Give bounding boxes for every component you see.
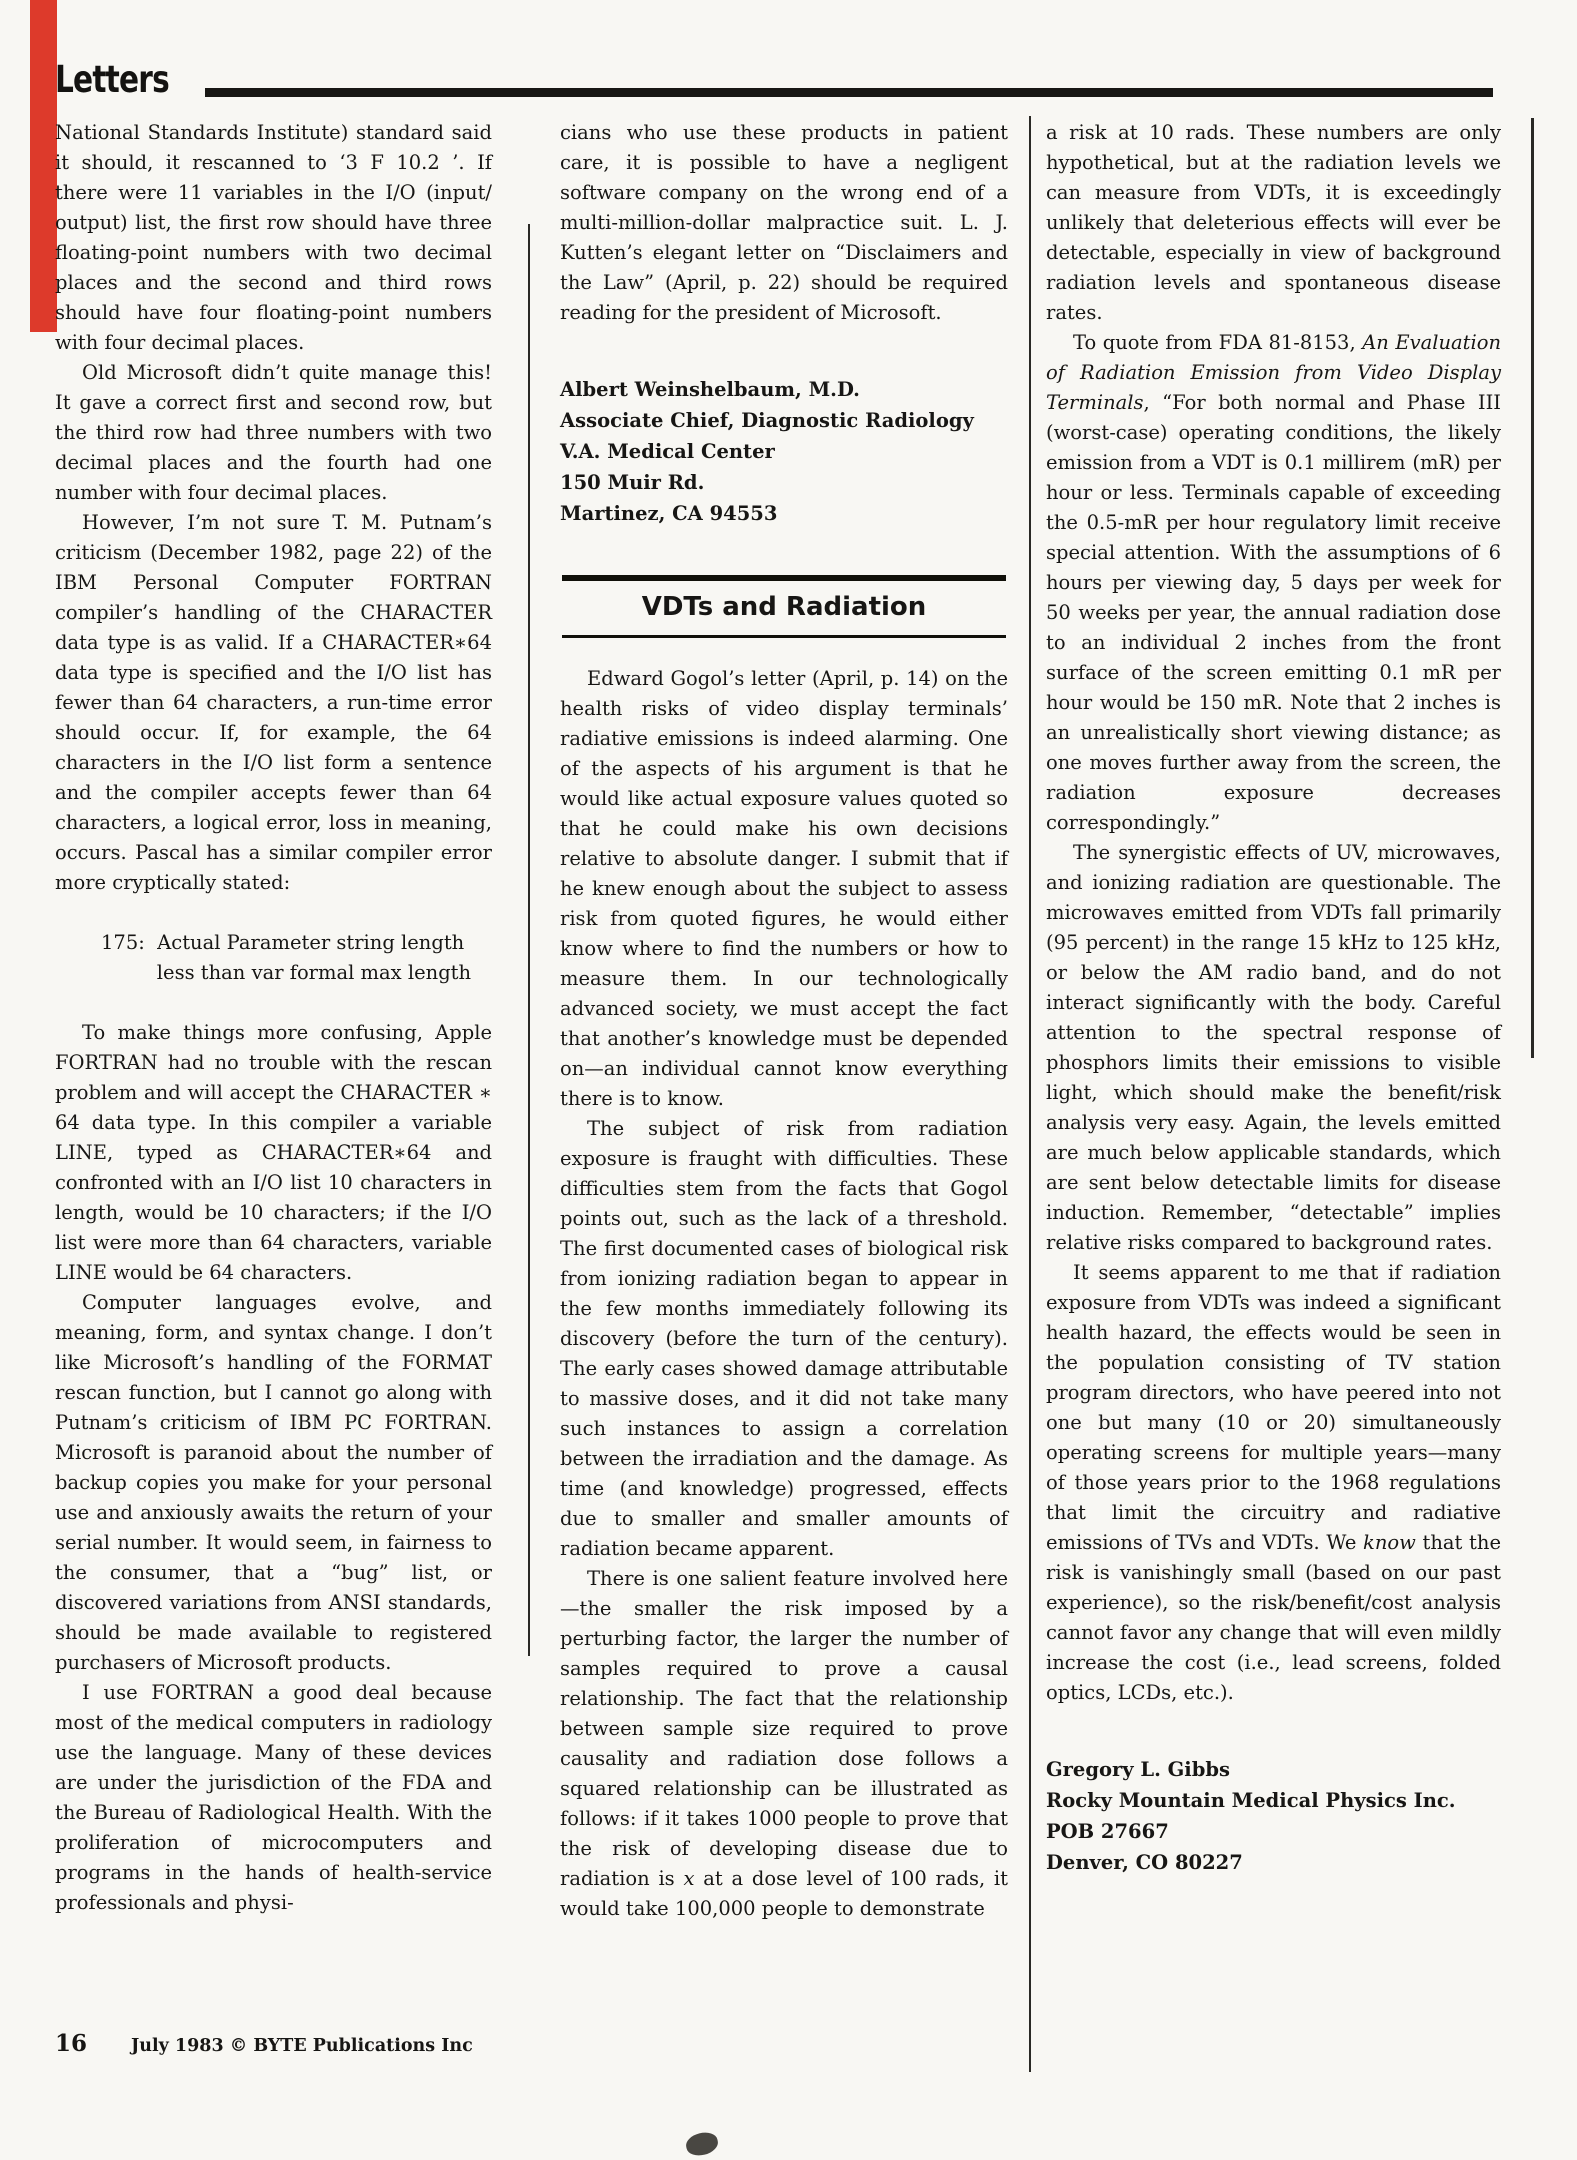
red-edge-stripe xyxy=(30,0,57,332)
letter-paragraph: National Standards Institute) standard s… xyxy=(55,118,492,358)
letter-paragraph: a risk at 10 rads. These numbers are onl… xyxy=(1046,118,1501,328)
text-run: There is one salient feature involved he… xyxy=(560,1567,1008,1890)
letter-paragraph: To make things more confusing, Apple FOR… xyxy=(55,1018,492,1288)
page-title: Letters xyxy=(55,60,169,100)
signature-gregory-gibbs: Gregory L. Gibbs Rocky Mountain Medical … xyxy=(1046,1754,1501,1878)
text-run: that the risk is vanishingly small (base… xyxy=(1046,1531,1501,1704)
letter-paragraph: cians who use these products in patient … xyxy=(560,118,1008,328)
text-run: It seems apparent to me that if radiatio… xyxy=(1046,1261,1501,1554)
text-run: To quote from FDA 81-8153, xyxy=(1073,331,1362,354)
page-footer: 16 July 1983 © BYTE Publications Inc xyxy=(55,2030,473,2057)
letter-paragraph: The subject of risk from radiation expos… xyxy=(560,1114,1008,1564)
letter-paragraph: Computer languages evolve, and meaning, … xyxy=(55,1288,492,1678)
masthead-rule xyxy=(205,88,1493,97)
italic-text: x xyxy=(683,1867,694,1890)
letter-paragraph: Old Microsoft didn’t quite manage this! … xyxy=(55,358,492,508)
letter-paragraph: The synergistic effects of UV, microwave… xyxy=(1046,838,1501,1258)
letter-paragraph: There is one salient feature involved he… xyxy=(560,1564,1008,1924)
compiler-error-listing: 175: Actual Parameter string length less… xyxy=(101,928,492,988)
footer-credit: July 1983 © BYTE Publications Inc xyxy=(131,2036,473,2056)
ink-smudge xyxy=(684,2129,720,2158)
column-divider xyxy=(528,224,530,1656)
letter-paragraph: However, I’m not sure T. M. Putnam’s cri… xyxy=(55,508,492,898)
letters-masthead: Letters xyxy=(55,60,1497,106)
column-1: National Standards Institute) standard s… xyxy=(55,118,492,1918)
text-run: , “For both normal and Phase III (worst-… xyxy=(1046,391,1501,834)
letter-paragraph: It seems apparent to me that if radiatio… xyxy=(1046,1258,1501,1708)
column-divider xyxy=(1029,116,1031,2072)
column-3: a risk at 10 rads. These numbers are onl… xyxy=(1046,118,1501,1878)
page-number: 16 xyxy=(55,2030,87,2057)
letter-paragraph: Edward Gogol’s letter (April, p. 14) on … xyxy=(560,664,1008,1114)
column-2: cians who use these products in patient … xyxy=(560,118,1008,1924)
italic-text: know xyxy=(1363,1531,1416,1554)
signature-albert-weinshelbaum: Albert Weinshelbaum, M.D. Associate Chie… xyxy=(560,374,1008,529)
page-edge-line xyxy=(1531,118,1534,1058)
magazine-page: Letters National Standards Institute) st… xyxy=(0,0,1577,2160)
section-heading-vdts-and-radiation: VDTs and Radiation xyxy=(562,575,1006,638)
letter-paragraph: I use FORTRAN a good deal because most o… xyxy=(55,1678,492,1918)
letter-paragraph: To quote from FDA 81-8153, An Evaluation… xyxy=(1046,328,1501,838)
